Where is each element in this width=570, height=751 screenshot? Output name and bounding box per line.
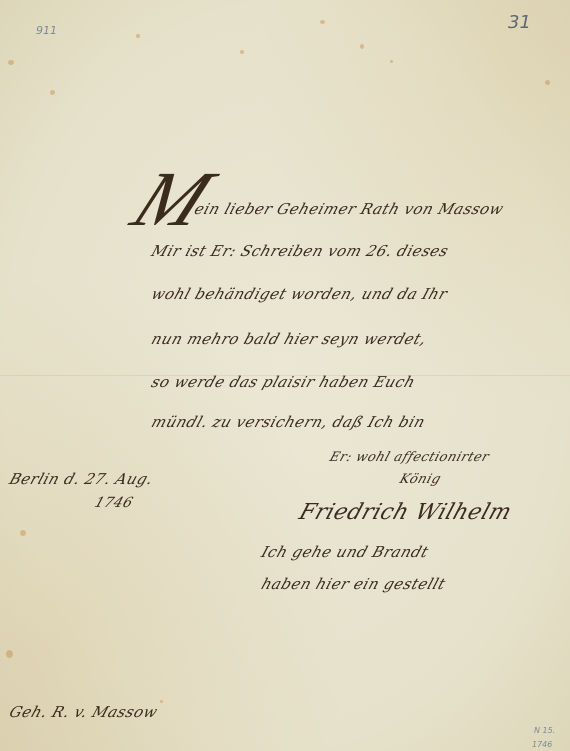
foxing-speck <box>8 60 14 65</box>
foxing-speck <box>136 34 140 38</box>
postscript-line-1: Ich gehe und Brandt <box>259 543 431 561</box>
archive-mark-bottom-1: N 15. <box>534 726 555 735</box>
manuscript-page: 911 31 N 15. 1746 M ein lieber Geheimer … <box>0 0 570 751</box>
foxing-speck <box>6 650 13 658</box>
archive-mark-top-left: 911 <box>36 24 57 37</box>
body-line-5: so werde das plaisir haben Euch <box>149 373 418 391</box>
closing-line: Er: wohl affectionirter <box>328 450 492 465</box>
postscript-line-2: haben hier ein gestellt <box>259 575 448 593</box>
foxing-speck <box>240 50 244 54</box>
archive-mark-bottom-2: 1746 <box>532 740 552 749</box>
foxing-speck <box>390 60 393 63</box>
body-line-4: nun mehro bald hier seyn werdet, <box>149 330 429 348</box>
body-line-1: ein lieber Geheimer Rath von Massow <box>192 200 506 218</box>
body-line-3: wohl behändiget worden, und da Ihr <box>149 285 450 303</box>
foxing-speck <box>20 530 26 536</box>
body-line-6: mündl. zu versichern, daß Ich bin <box>149 413 428 431</box>
dateline-year: 1746 <box>92 495 135 511</box>
foxing-speck <box>545 80 550 85</box>
foxing-speck <box>360 44 364 49</box>
closing-title: König <box>398 472 443 487</box>
addressee: Geh. R. v. Massow <box>7 703 160 721</box>
foxing-speck <box>50 90 55 95</box>
dateline: Berlin d. 27. Aug. <box>7 470 156 488</box>
signature: Friedrich Wilhelm <box>296 500 515 525</box>
body-line-2: Mir ist Er: Schreiben vom 26. dieses <box>149 242 451 260</box>
archive-mark-top-right: 31 <box>508 12 531 33</box>
decorative-initial: M <box>122 160 223 238</box>
foxing-speck <box>320 20 325 24</box>
foxing-speck <box>160 700 163 703</box>
